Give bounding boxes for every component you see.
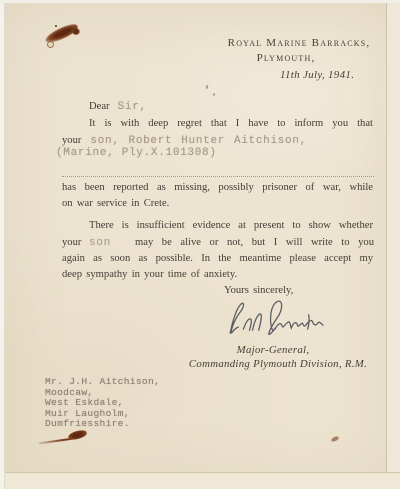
paper-top-edge: [0, 0, 400, 3]
closing-line: Yours sincerely,: [224, 284, 293, 297]
letter-page: Royal Marine Barracks, Plymouth, 11th Ju…: [0, 0, 400, 489]
letterhead-line1: Royal Marine Barracks,: [228, 37, 371, 49]
body-line-1: It is with deep regret that I have to in…: [89, 117, 373, 130]
ink-stain-top-left-end: [72, 28, 80, 35]
ink-speck-bottom-right: [331, 435, 340, 442]
recipient-name: Mr. J.H. Aitchison,: [45, 377, 160, 388]
paper-bottom-edge: [0, 472, 400, 489]
service-number-typed: (Marine, Ply.X.101308): [56, 147, 217, 159]
signoff-rank: Major-General,: [237, 344, 310, 356]
body-line-6-printed-a: your: [62, 236, 81, 249]
casualty-name-typed: son, Robert Hunter Aitchison,: [90, 135, 307, 147]
signature-handwritten: [224, 297, 326, 341]
dotted-separator-line: [62, 176, 374, 177]
pencil-speck-1: [205, 85, 208, 89]
letter-date: 11th July, 1941.: [280, 69, 354, 81]
pencil-speck-2: [212, 93, 215, 97]
salutation-printed: Dear: [89, 101, 110, 112]
body-line-3: has been reported as missing, possibly p…: [62, 181, 373, 194]
ink-ring-top: [47, 41, 54, 48]
paper-left-edge: [0, 0, 5, 489]
letterhead-line2: Plymouth,: [257, 52, 316, 64]
salutation: DearSir,: [89, 100, 147, 114]
ink-blob-bottom-left: [67, 429, 87, 441]
ink-speck-top: [55, 25, 57, 27]
recipient-address: Mr. J.H. Aitchison, Moodcaw, West Eskdal…: [45, 377, 160, 430]
body-line-7: again as soon as possible. In the meanti…: [62, 252, 373, 265]
signoff-command: Commanding Plymouth Division, R.M.: [189, 358, 367, 370]
salutation-typed-name: Sir,: [118, 101, 147, 113]
body-line-2: yourson, Robert Hunter Aitchison,: [62, 134, 307, 148]
paper-right-edge: [386, 0, 400, 489]
body-line-4: on war service in Crete.: [62, 197, 169, 210]
body-line-6-typed-son: son: [89, 237, 111, 249]
body-line-6-printed-b: may be alive or not, but I will write to…: [135, 236, 374, 249]
body-line-8: deep sympathy in your time of anxiety.: [62, 268, 237, 281]
body-line-2-printed: your: [62, 135, 81, 146]
recipient-address-line-4: Dumfriesshire.: [45, 419, 160, 430]
body-line-5: There is insufficient evidence at presen…: [89, 219, 373, 232]
